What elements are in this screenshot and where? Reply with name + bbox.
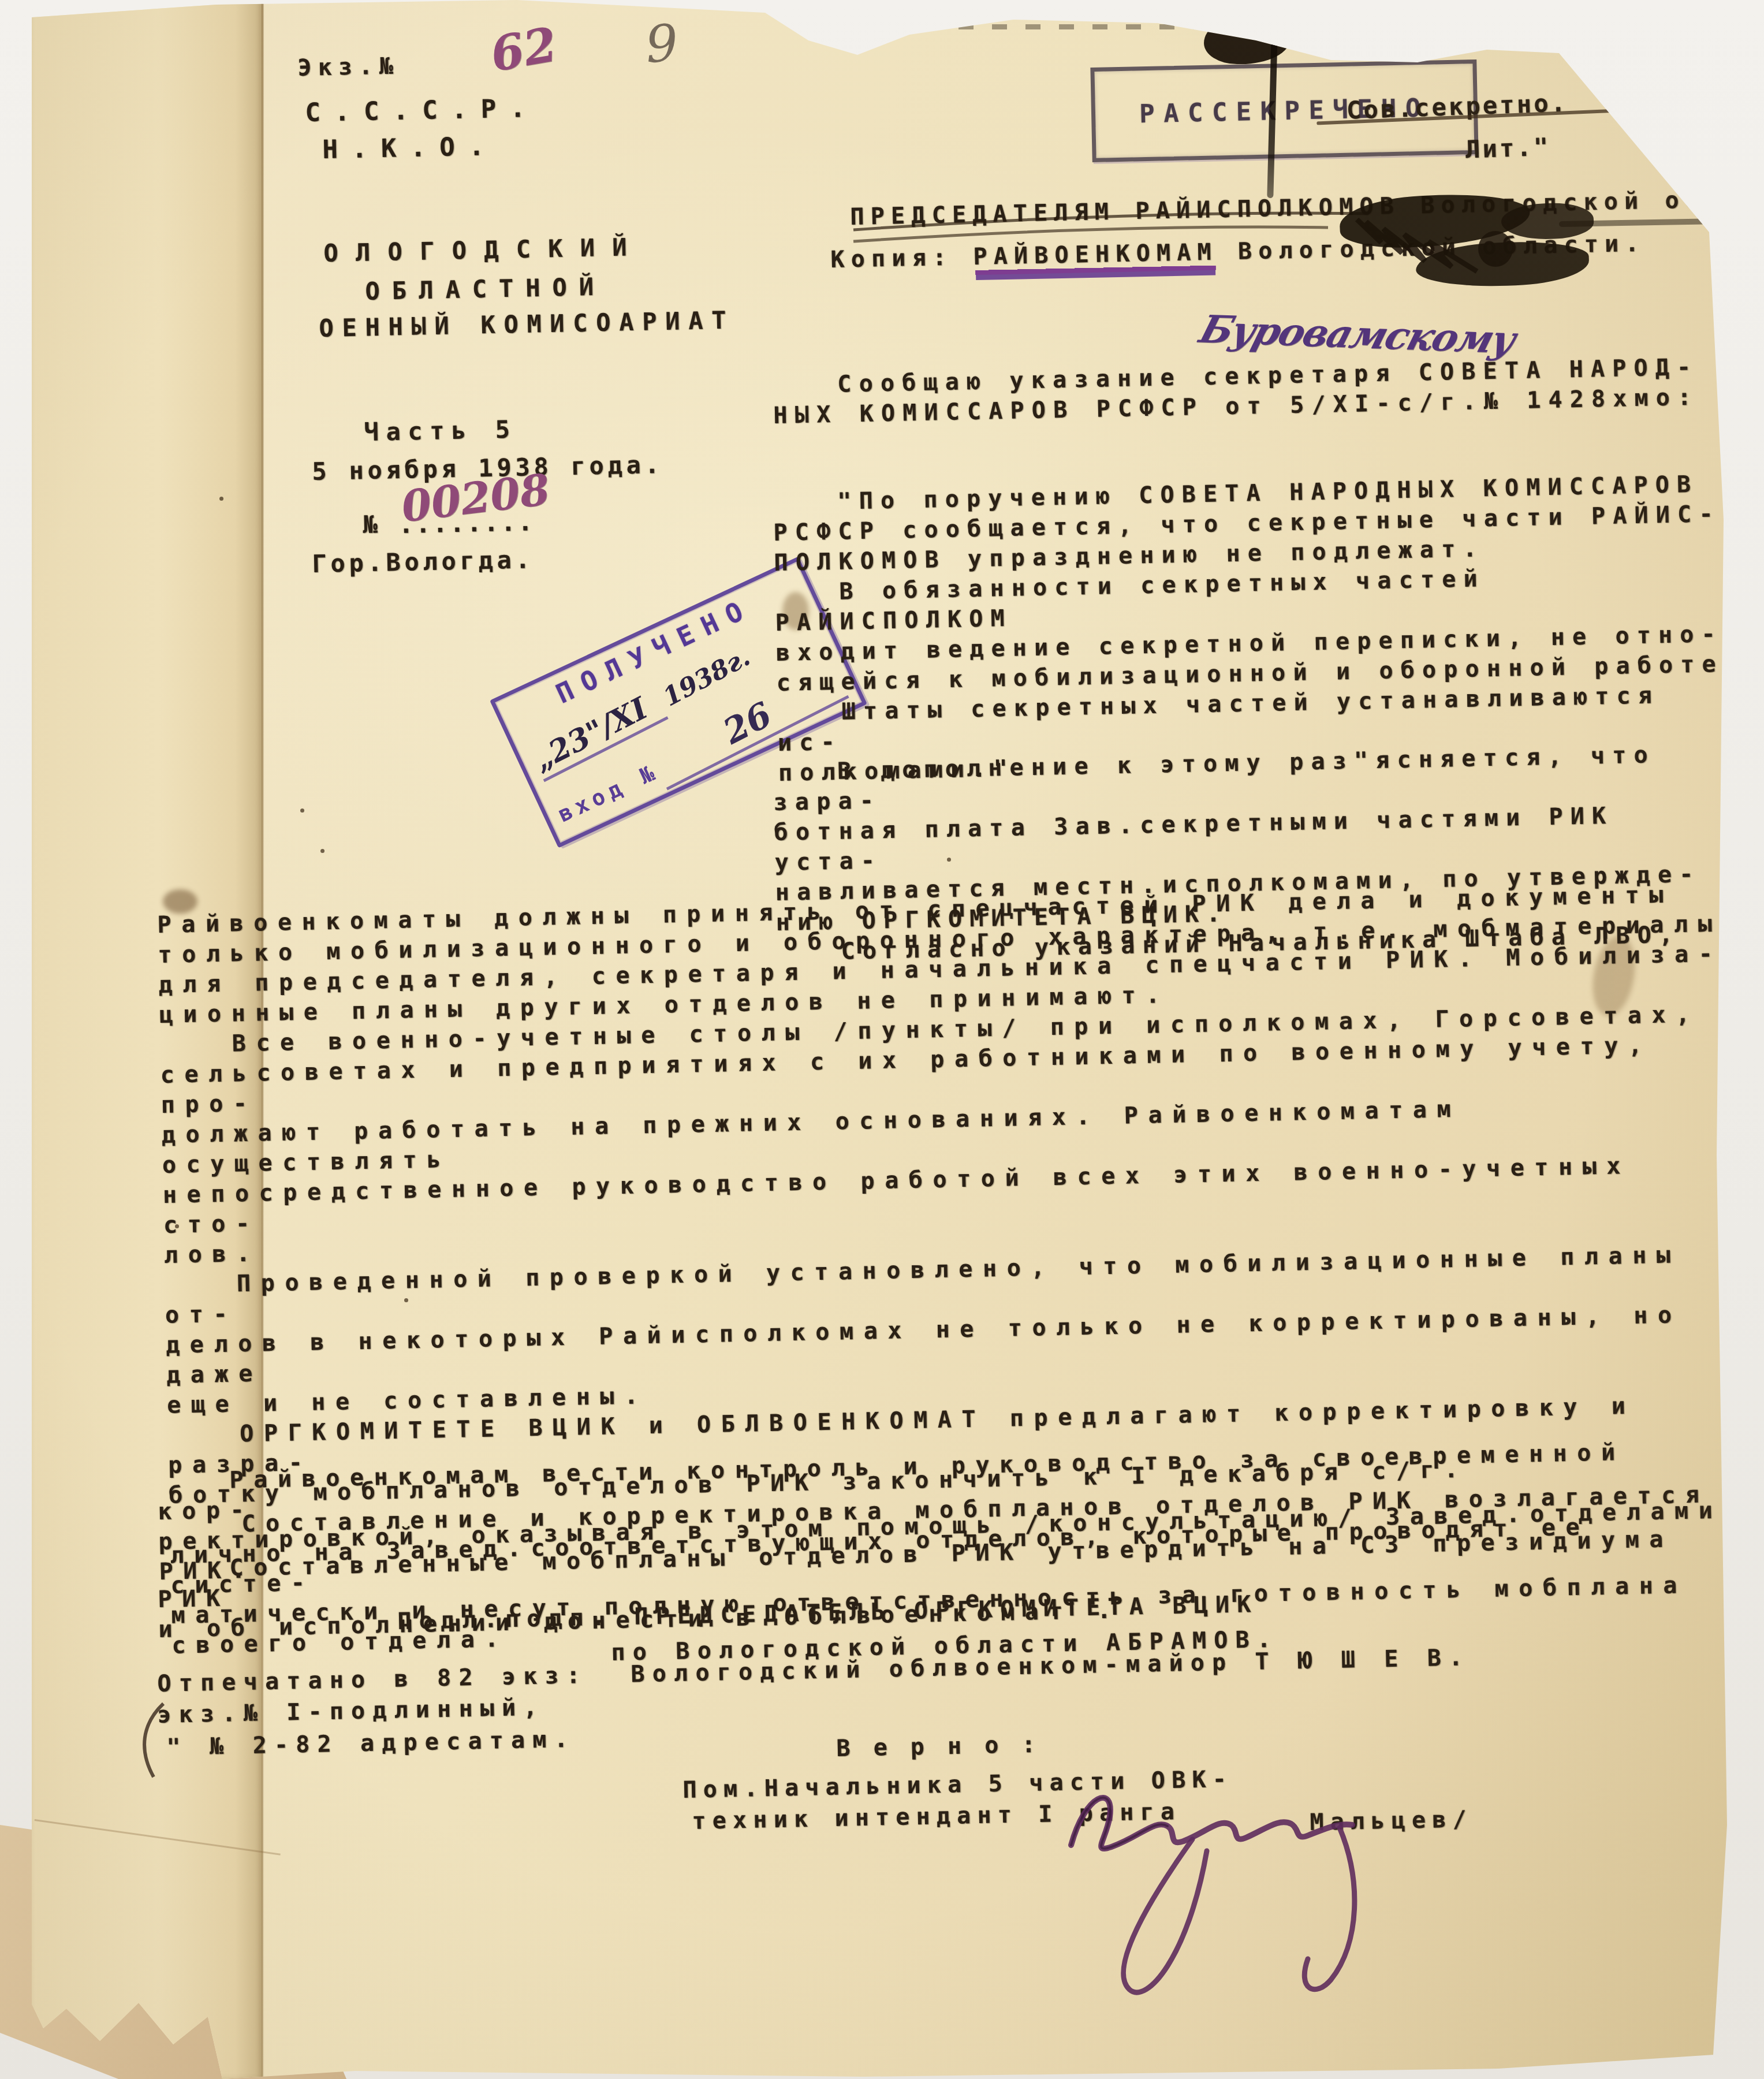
ink-blot [1204,15,1291,64]
scanned-document: Экз.№ 62 9 С.С.С.Р. Н.К.О. ОЛОГОДСКИЙ ОБ… [0,0,1764,2079]
ink-speck [300,808,304,813]
handwritten-note: Буровамскому [1195,307,1520,362]
ink-speck [219,497,223,501]
addressee-strike-scribble [849,196,1761,300]
letterhead-line2: ОБЛАСТНОЙ [365,271,606,307]
verno-label: В е р н о : [836,1730,1041,1764]
margin-pen-mark [132,1701,178,1782]
number-label: № [363,509,378,540]
letterhead-line1: ОЛОГОДСКИЙ [323,232,644,269]
exemplar-number-handwritten: 62 [487,17,561,83]
lit-label: Лит." [1465,131,1551,165]
exemplar-label: Экз.№ [297,51,400,83]
ink-speck [320,849,325,853]
city-line: Гор.Вологда. [312,544,534,580]
part-line: Часть 5 [364,414,517,448]
body-paragraph-1: Сообщаю указание секретаря СОВЕТА НАРОД-… [773,352,1699,431]
letterhead-line3: ОЕННЫЙ КОМИСОАРИАТ [319,305,735,344]
pen-scribble [1657,81,1764,179]
certifier-signature [1016,1744,1432,2021]
torn-print-fragment [959,24,1201,29]
corner-number-handwritten: 23 [1646,20,1715,81]
document-page: Экз.№ 62 9 С.С.С.Р. Н.К.О. ОЛОГОДСКИЙ ОБ… [32,0,1729,2079]
agency-header: Н.К.О. [322,131,498,166]
page-mark-handwritten: 9 [643,13,680,74]
country-header: С.С.С.Р. [305,92,540,129]
body-paragraph-2: "По поручению СОВЕТА НАРОДНЫХ КОМИССАРОВ… [773,469,1735,788]
